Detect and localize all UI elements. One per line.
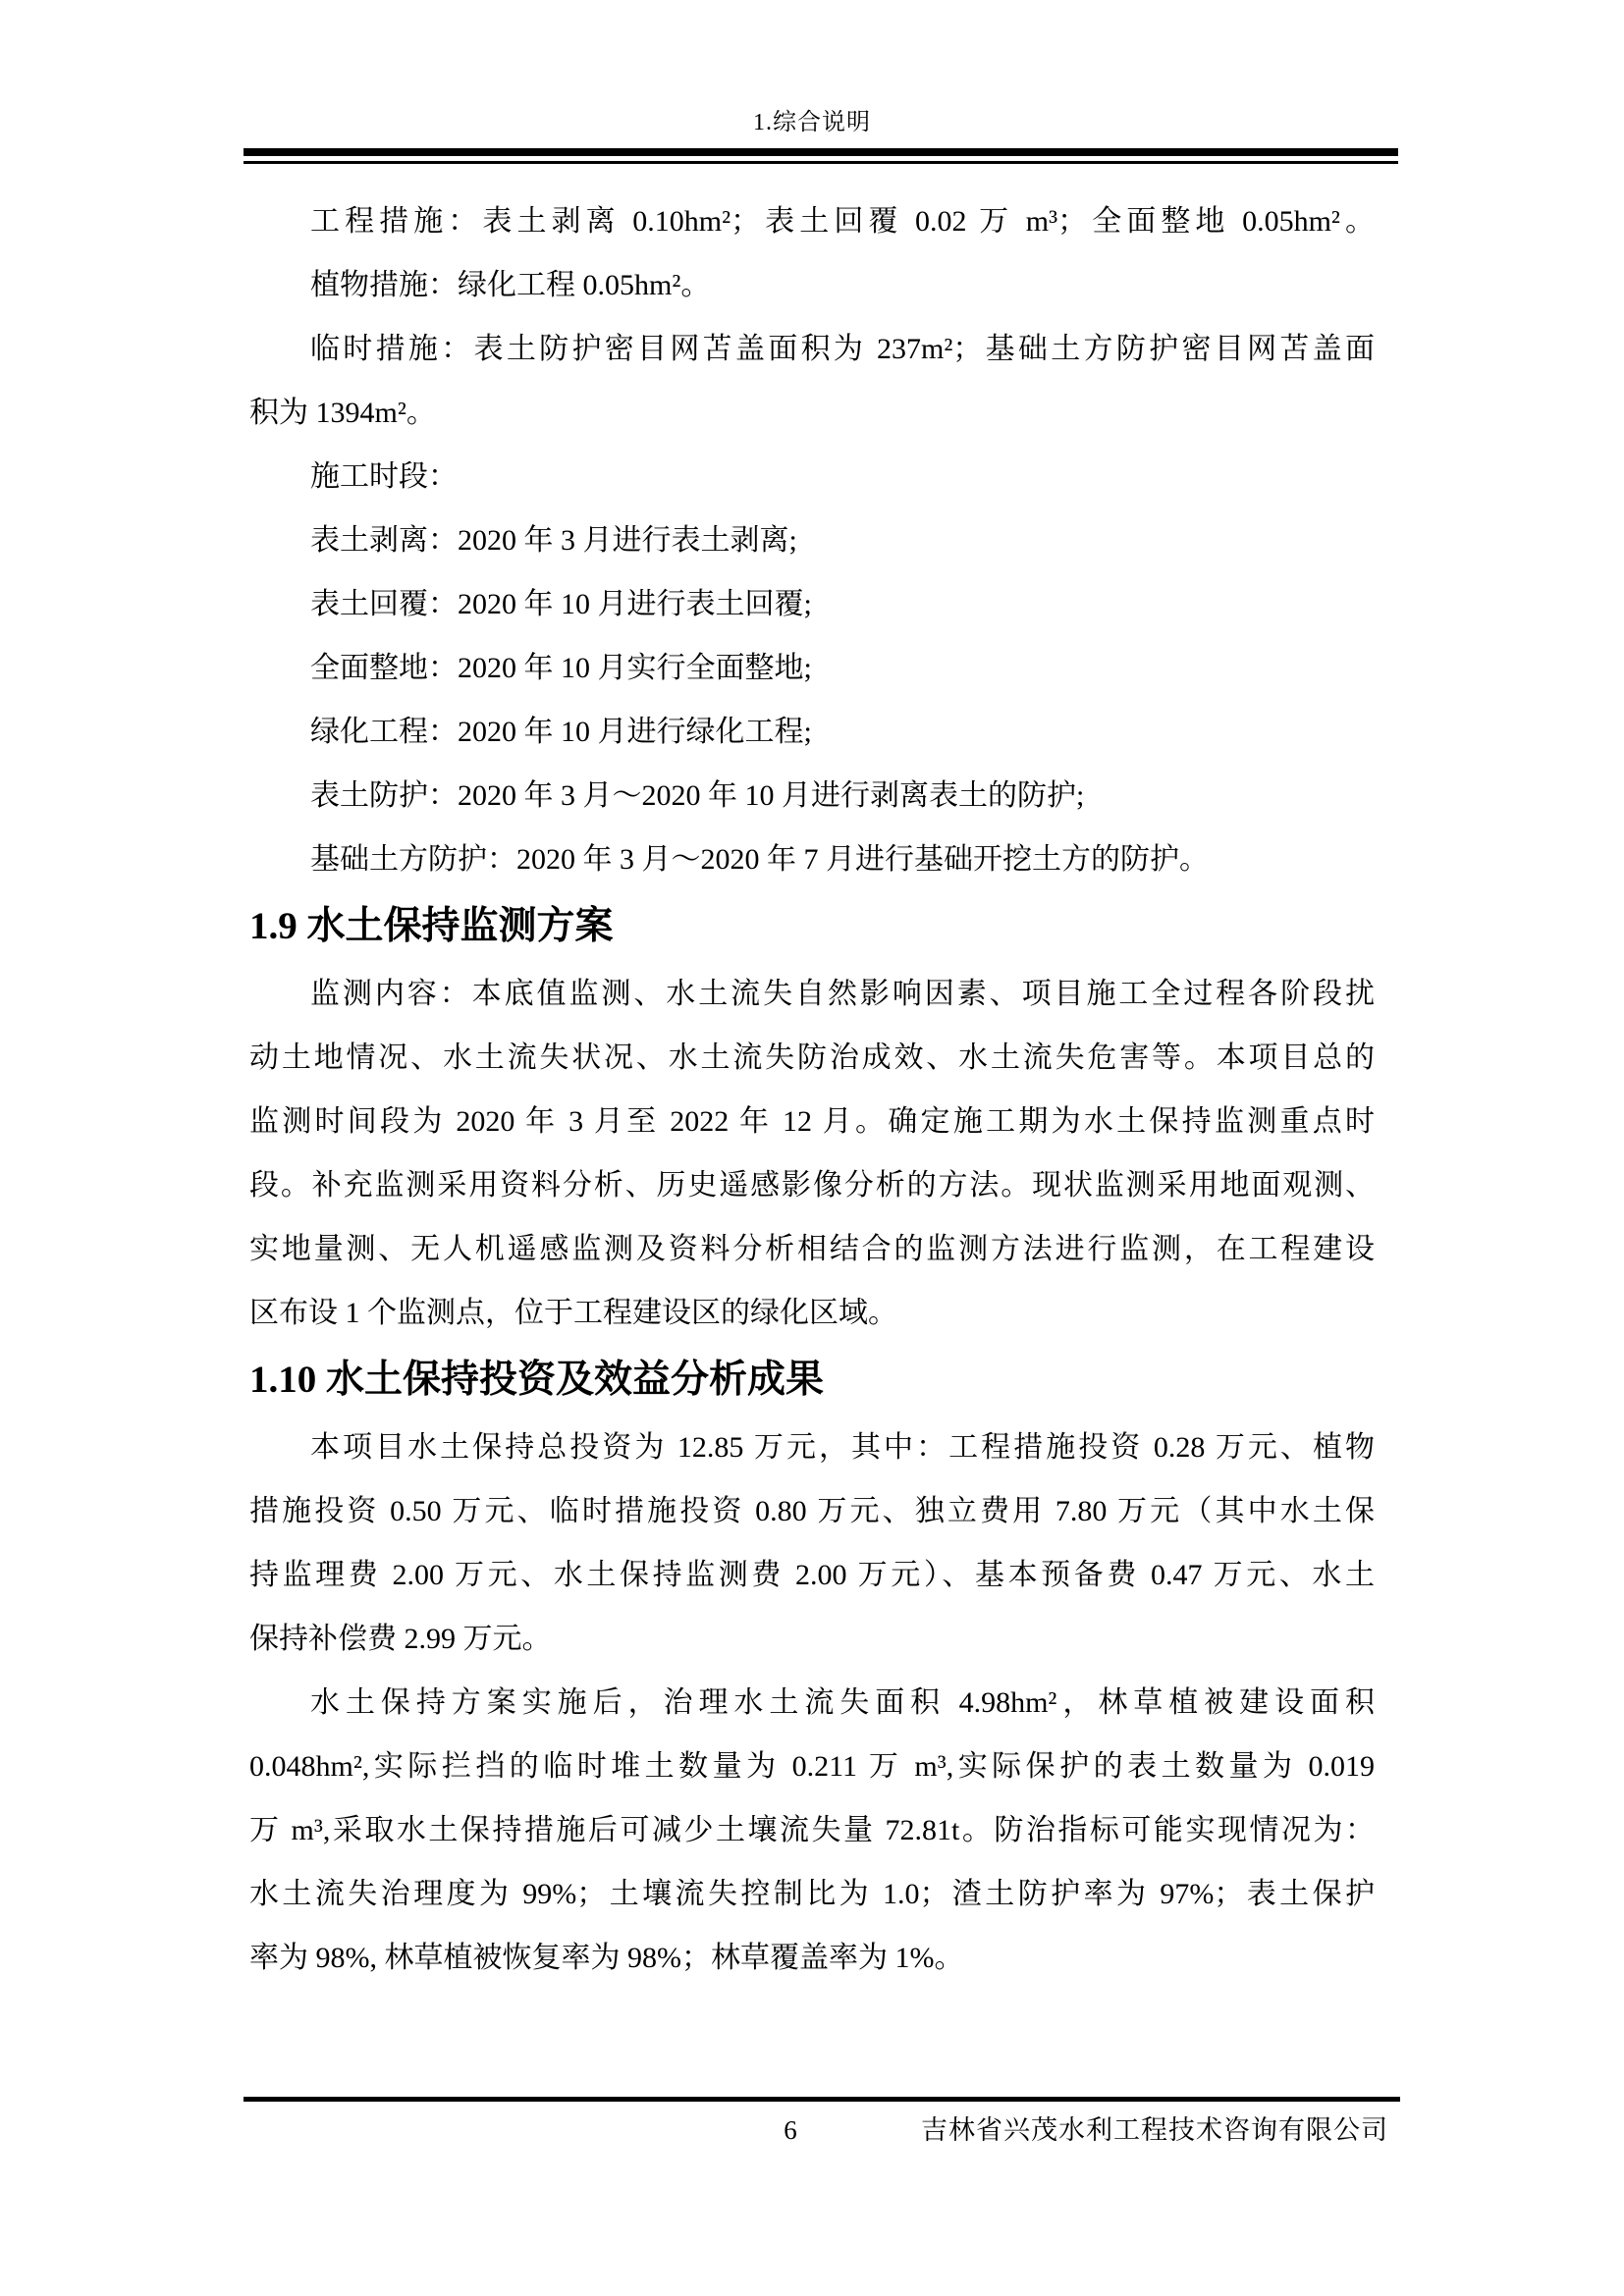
paragraph-line: 施工时段：: [249, 445, 1375, 508]
paragraph-line: 积为 1394m²。: [249, 381, 1375, 445]
paragraph-line: 表土回覆：2020 年 10 月进行表土回覆;: [249, 572, 1375, 636]
paragraph-line: 水土流失治理度为 99%；土壤流失控制比为 1.0；渣土防护率为 97%；表土保…: [249, 1862, 1375, 1926]
paragraph-line: 持监理费 2.00 万元、水土保持监测费 2.00 万元）、基本预备费 0.47…: [249, 1543, 1375, 1607]
paragraph-line: 基础土方防护：2020 年 3 月～2020 年 7 月进行基础开挖土方的防护。: [249, 828, 1375, 891]
document-content: 工程措施：表土剥离 0.10hm²；表土回覆 0.02 万 m³；全面整地 0.…: [249, 189, 1375, 1990]
section-heading: 1.9 水土保持监测方案: [249, 891, 1375, 962]
footer-rule: [244, 2097, 1400, 2102]
header-rule-thin: [244, 161, 1398, 164]
paragraph-line: 监测时间段为 2020 年 3 月至 2022 年 12 月。确定施工期为水土保…: [249, 1090, 1375, 1153]
paragraph-line: 全面整地：2020 年 10 月实行全面整地;: [249, 636, 1375, 700]
section-heading: 1.10 水土保持投资及效益分析成果: [249, 1345, 1375, 1415]
paragraph-line: 段。补充监测采用资料分析、历史遥感影像分析的方法。现状监测采用地面观测、: [249, 1153, 1375, 1217]
page-number: 6: [784, 2110, 797, 2150]
paragraph-line: 保持补偿费 2.99 万元。: [249, 1607, 1375, 1671]
page-footer: 6 吉林省兴茂水利工程技术咨询有限公司: [249, 2110, 1388, 2150]
header-rule-thick: [244, 148, 1398, 156]
paragraph-line: 绿化工程：2020 年 10 月进行绿化工程;: [249, 700, 1375, 764]
footer-company: 吉林省兴茂水利工程技术咨询有限公司: [921, 2110, 1388, 2150]
paragraph-line: 表土防护：2020 年 3 月～2020 年 10 月进行剥离表土的防护;: [249, 764, 1375, 828]
paragraph-line: 本项目水土保持总投资为 12.85 万元，其中：工程措施投资 0.28 万元、植…: [249, 1415, 1375, 1479]
paragraph-line: 区布设 1 个监测点，位于工程建设区的绿化区域。: [249, 1281, 1375, 1345]
paragraph-line: 监测内容：本底值监测、水土流失自然影响因素、项目施工全过程各阶段扰: [249, 962, 1375, 1026]
paragraph-line: 动土地情况、水土流失状况、水土流失防治成效、水土流失危害等。本项目总的: [249, 1026, 1375, 1090]
paragraph-line: 工程措施：表土剥离 0.10hm²；表土回覆 0.02 万 m³；全面整地 0.…: [249, 189, 1375, 253]
paragraph-line: 率为 98%, 林草植被恢复率为 98%；林草覆盖率为 1%。: [249, 1926, 1375, 1990]
header-title: 1.综合说明: [0, 106, 1624, 139]
paragraph-line: 植物措施：绿化工程 0.05hm²。: [249, 253, 1375, 317]
document-page: 1.综合说明 工程措施：表土剥离 0.10hm²；表土回覆 0.02 万 m³；…: [0, 0, 1624, 2296]
paragraph-line: 临时措施：表土防护密目网苫盖面积为 237m²；基础土方防护密目网苫盖面: [249, 317, 1375, 381]
paragraph-line: 表土剥离：2020 年 3 月进行表土剥离;: [249, 508, 1375, 572]
paragraph-line: 措施投资 0.50 万元、临时措施投资 0.80 万元、独立费用 7.80 万元…: [249, 1479, 1375, 1543]
paragraph-line: 实地量测、无人机遥感监测及资料分析相结合的监测方法进行监测，在工程建设: [249, 1217, 1375, 1281]
paragraph-line: 0.048hm²,实际拦挡的临时堆土数量为 0.211 万 m³,实际保护的表土…: [249, 1735, 1375, 1798]
paragraph-line: 水土保持方案实施后，治理水土流失面积 4.98hm²，林草植被建设面积: [249, 1671, 1375, 1735]
paragraph-line: 万 m³,采取水土保持措施后可减少土壤流失量 72.81t。防治指标可能实现情况…: [249, 1798, 1375, 1862]
